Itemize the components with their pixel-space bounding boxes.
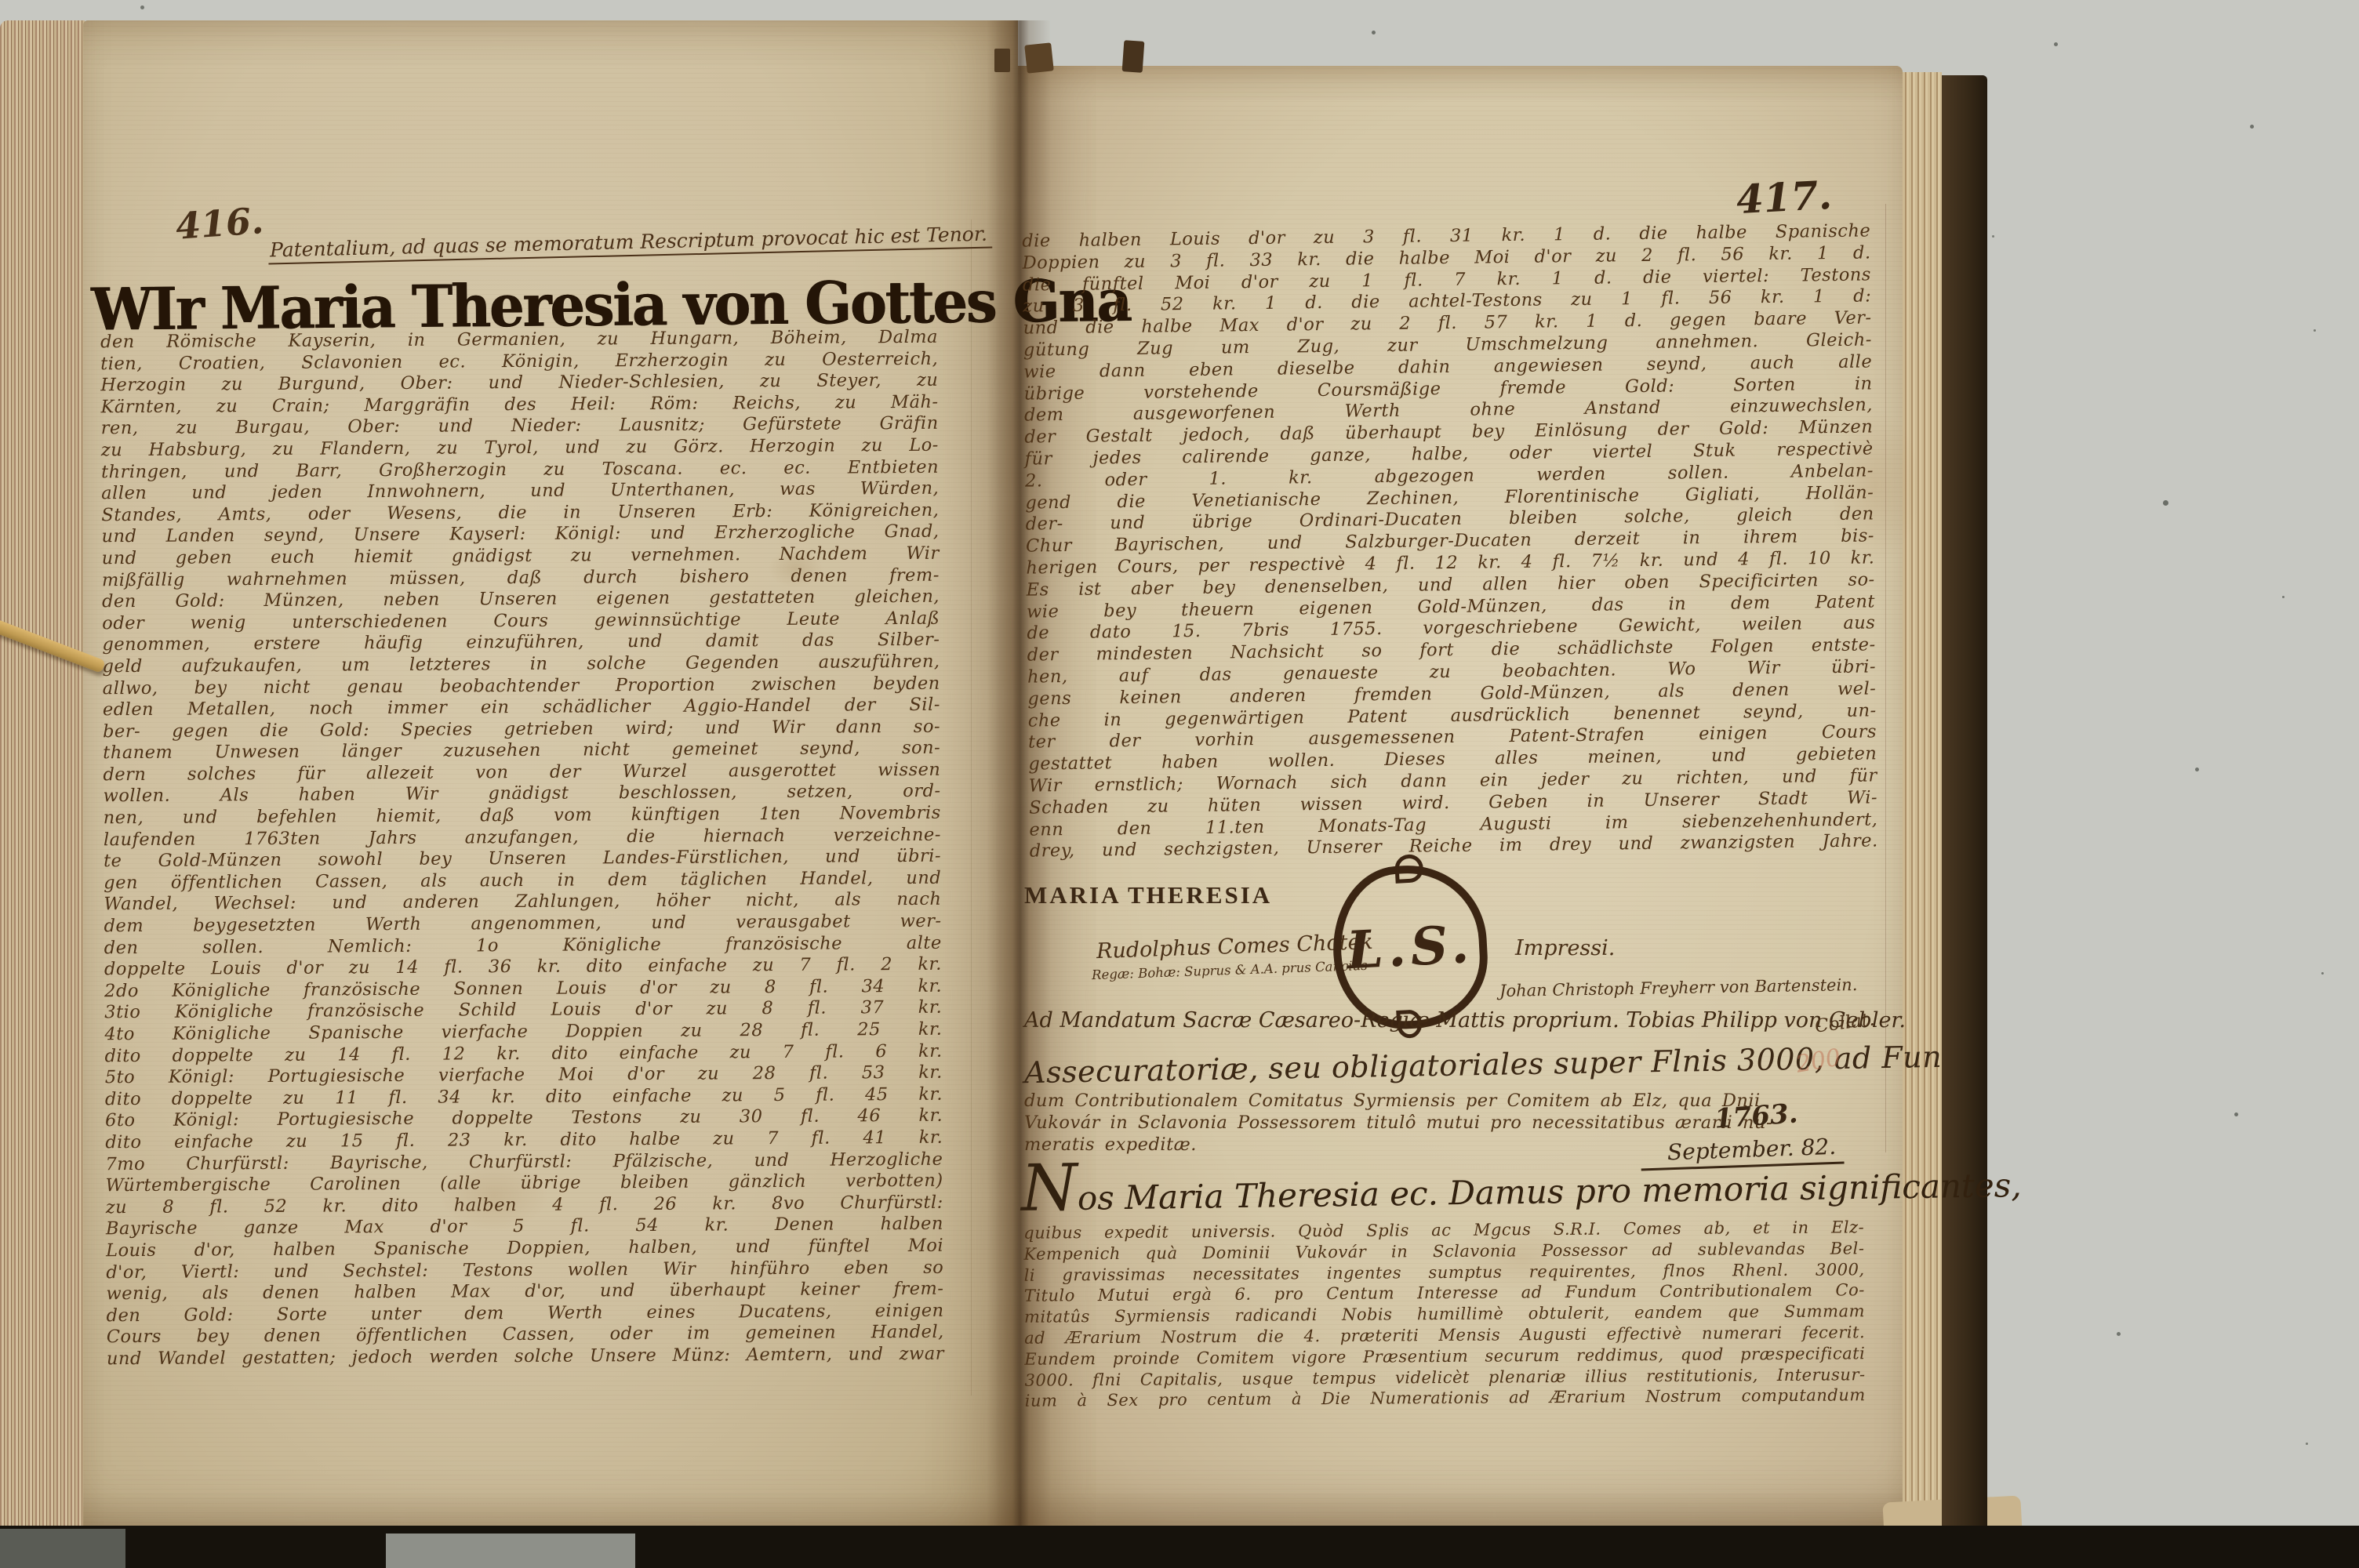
handwritten-line: dum Contributionalem Comitatus Syrmiensi…	[1024, 1090, 1808, 1112]
ad-mandatum-line: Ad Mandatum Sacræ Cæsareo-Regiæ Mattis p…	[1024, 1008, 1906, 1033]
seal-ls-monogram: L.S.	[1345, 913, 1475, 981]
table-surface-patch-left	[0, 1529, 125, 1568]
left-page-number: 416.	[174, 199, 265, 248]
right-page-body-text: die halben Louis d'or zu 3 fl. 31 kr. 1 …	[1022, 220, 1878, 862]
background-specks	[0, 0, 2, 2]
right-page-number: 417.	[1736, 172, 1834, 223]
table-surface-patch	[386, 1534, 635, 1568]
paper-tab	[1122, 40, 1145, 73]
book-cover-board	[1942, 75, 1987, 1552]
manuscript-book-photo: 416. Patentalium, ad quas se memoratum R…	[0, 0, 2359, 1568]
left-page-edge-stack	[0, 20, 85, 1538]
document-year: 1763.	[1714, 1098, 1799, 1134]
paper-tab	[994, 49, 1010, 72]
left-page-body-text: den Römische Kayserin, in Germanien, zu …	[100, 327, 944, 1370]
right-page-edge-stack	[1903, 72, 1942, 1530]
impressi-note: Impressi.	[1515, 936, 1615, 960]
maria-theresia-signature: MARIA THERESIA	[1024, 881, 1272, 909]
left-page-margin-crease	[971, 220, 972, 1396]
handwritten-line: Vukovár in Sclavonia Possessorem titulô …	[1024, 1112, 1808, 1134]
table-shadow-band	[0, 1526, 2359, 1568]
paper-tab	[1024, 42, 1054, 73]
latin-document-body: quibus expedit universis. Quòd Splis ac …	[1023, 1217, 1866, 1412]
